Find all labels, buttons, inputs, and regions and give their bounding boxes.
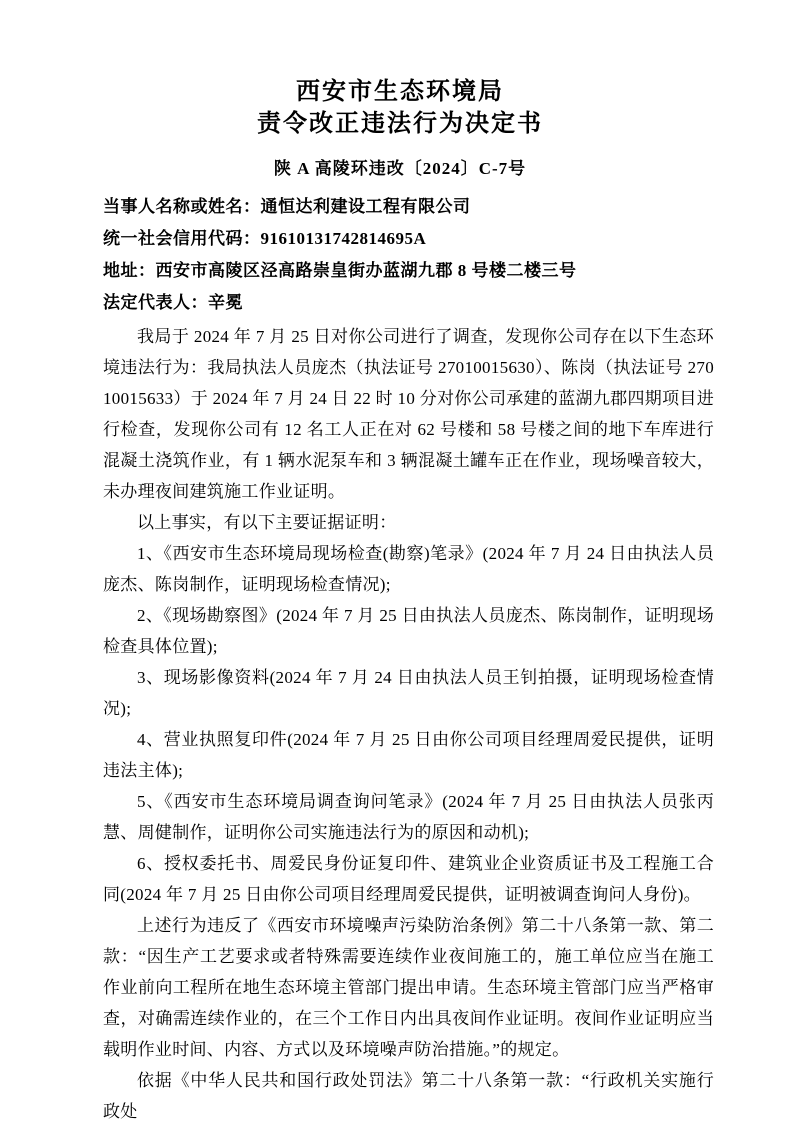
doc-number: 陕 A 高陵环违改〔2024〕C-7号	[0, 154, 800, 179]
doc-title-line2: 责令改正违法行为决定书	[0, 108, 800, 140]
address-value: 西安市高陵区泾高路崇皇街办蓝湖九郡 8 号楼二楼三号	[156, 261, 577, 280]
document-page: 西安市生态环境局 责令改正违法行为决定书 陕 A 高陵环违改〔2024〕C-7号…	[0, 0, 800, 1133]
party-name-field: 当事人名称或姓名：通恒达利建设工程有限公司	[103, 191, 714, 223]
body-paragraph-evidence-5: 5、《西安市生态环境局调查询问笔录》(2024 年 7 月 25 日由执法人员张…	[103, 786, 714, 848]
doc-header: 西安市生态环境局 责令改正违法行为决定书 陕 A 高陵环违改〔2024〕C-7号	[0, 0, 800, 179]
body-paragraph-legal-basis: 依据《中华人民共和国行政处罚法》第二十八条第一款：“行政机关实施行政处	[103, 1065, 714, 1127]
body-paragraph-violation: 上述行为违反了《西安市环境噪声污染防治条例》第二十八条第一款、第二款：“因生产工…	[103, 910, 714, 1065]
address-field: 地址：西安市高陵区泾高路崇皇街办蓝湖九郡 8 号楼二楼三号	[103, 255, 714, 287]
legal-representative-value: 辛冕	[208, 293, 243, 312]
doc-content: 当事人名称或姓名：通恒达利建设工程有限公司 统一社会信用代码：916101317…	[103, 191, 714, 1127]
body-paragraph-evidence-1: 1、《西安市生态环境局现场检查(勘察)笔录》(2024 年 7 月 24 日由执…	[103, 538, 714, 600]
doc-body: 我局于 2024 年 7 月 25 日对你公司进行了调查，发现你公司存在以下生态…	[103, 321, 714, 1127]
legal-representative-field: 法定代表人：辛冕	[103, 287, 714, 319]
credit-code-label: 统一社会信用代码：	[103, 229, 261, 248]
party-name-label: 当事人名称或姓名：	[103, 197, 261, 216]
body-paragraph-evidence-3: 3、现场影像资料(2024 年 7 月 24 日由执法人员王钊拍摄，证明现场检查…	[103, 662, 714, 724]
credit-code-value: 91610131742814695A	[261, 229, 427, 248]
body-paragraph-evidence-intro: 以上事实，有以下主要证据证明：	[103, 507, 714, 538]
party-fields: 当事人名称或姓名：通恒达利建设工程有限公司 统一社会信用代码：916101317…	[103, 191, 714, 319]
doc-title-line1: 西安市生态环境局	[0, 76, 800, 108]
credit-code-field: 统一社会信用代码：91610131742814695A	[103, 223, 714, 255]
legal-representative-label: 法定代表人：	[103, 293, 208, 312]
body-paragraph-evidence-4: 4、营业执照复印件(2024 年 7 月 25 日由你公司项目经理周爱民提供，证…	[103, 724, 714, 786]
party-name-value: 通恒达利建设工程有限公司	[261, 197, 471, 216]
address-label: 地址：	[103, 261, 156, 280]
body-paragraph-evidence-6: 6、授权委托书、周爱民身份证复印件、建筑业企业资质证书及工程施工合同(2024 …	[103, 848, 714, 910]
body-paragraph-evidence-2: 2、《现场勘察图》(2024 年 7 月 25 日由执法人员庞杰、陈岗制作，证明…	[103, 600, 714, 662]
body-paragraph-investigation: 我局于 2024 年 7 月 25 日对你公司进行了调查，发现你公司存在以下生态…	[103, 321, 714, 507]
